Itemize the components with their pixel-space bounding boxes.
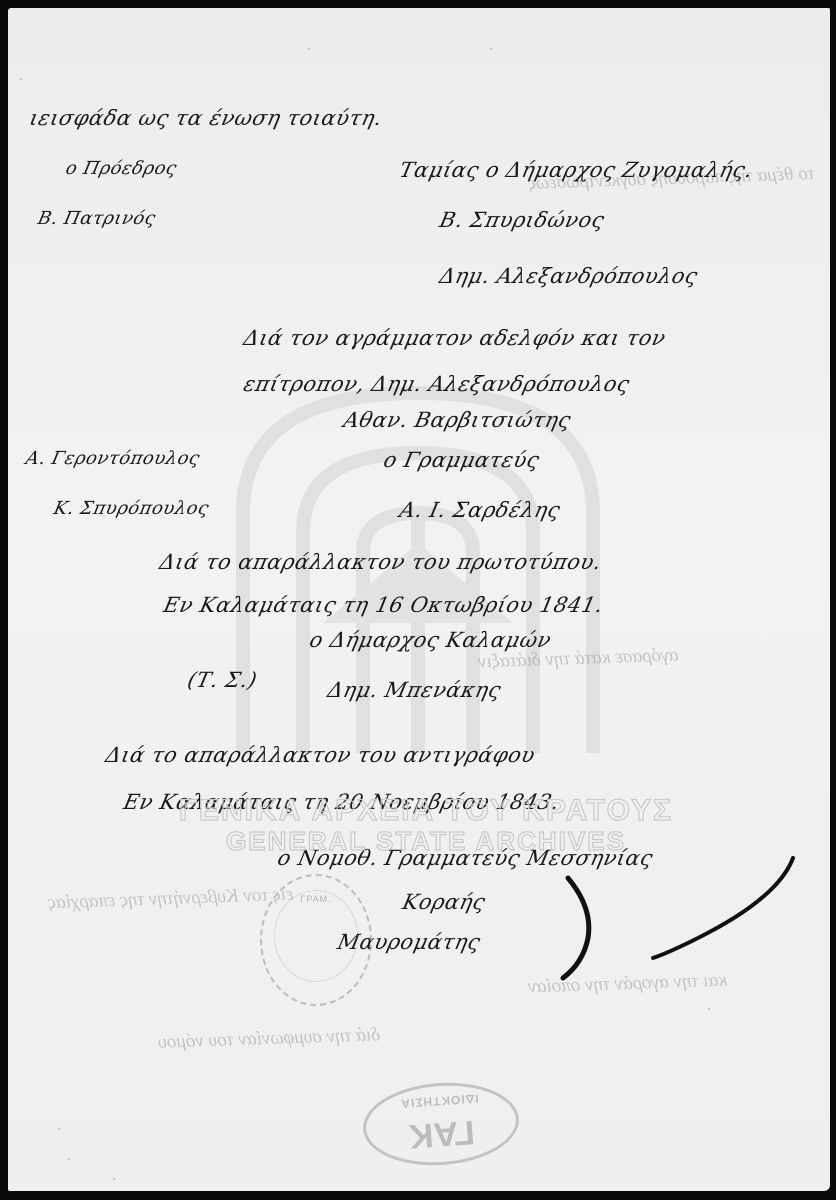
signature-flourish — [548, 838, 808, 988]
official-seal-stamp: ΓΡΑΜ. — [260, 874, 372, 1006]
text-line: Β. Πατρινός — [36, 208, 158, 229]
paper-speck — [490, 48, 492, 50]
text-line: Διά το απαράλλακτον του πρωτοτύπου. — [157, 550, 603, 574]
manuscript-page: το θέμα της παρούσης συγκεντρώσεως αγόρα… — [8, 8, 830, 1191]
signature: Κοραής — [400, 890, 487, 914]
ownership-stamp: ΙΔΙΟΚΤΗΣΙΑ ΓΑΚ — [360, 1078, 521, 1171]
text-line: (Τ. Σ.) — [185, 668, 259, 692]
text-line: Διά το απαράλλακτον του αντιγράφου — [103, 743, 537, 767]
text-line: Διά τον αγράμματον αδελφόν και τον — [241, 326, 668, 350]
text-line: Κ. Σπυρόπουλος — [52, 498, 211, 519]
text-line: Β. Σπυριδώνος — [437, 208, 606, 232]
paper-speck — [20, 78, 22, 80]
paper-speck — [58, 1128, 60, 1130]
bleed-through-text: διά την συμφωνίαν του νόμου — [158, 1024, 381, 1054]
text-line: Α. Ι. Σαρδέλης — [397, 498, 562, 522]
text-line: Αθαν. Βαρβιτσιώτης — [341, 408, 573, 432]
seal-text: ΓΡΑΜ. — [262, 894, 370, 904]
watermark-text-greek: ΓΕΝΙΚΑ ΑΡΧΕΙΑ ΤΟΥ ΚΡΑΤΟΥΣ — [8, 794, 830, 828]
text-line: Α. Γεροντόπουλος — [24, 448, 202, 469]
paper-speck — [308, 48, 310, 50]
ownership-stamp-line2: ΓΑΚ — [365, 1109, 517, 1159]
text-line: ο Γραμματεύς — [381, 448, 541, 472]
text-line: Δημ. Μπενάκης — [325, 678, 503, 702]
text-line: ιεισφάδα ως τα ένωση τοιαύτη. — [27, 106, 384, 130]
paper-speck — [708, 1008, 710, 1010]
text-line: Ταμίας ο Δήμαρχος Ζυγομαλής. — [397, 158, 755, 182]
text-line: Δημ. Αλεξανδρόπουλος — [437, 264, 700, 288]
text-line: επίτροπον, Δημ. Αλεξανδρόπουλος — [241, 372, 632, 396]
text-line: ο Δήμαρχος Καλαμών — [307, 628, 553, 652]
paper-speck — [68, 1158, 70, 1160]
paper-speck — [113, 1178, 115, 1180]
text-line: Εν Καλαμάταις τη 16 Οκτωβρίου 1841. — [161, 593, 605, 617]
watermark-text-english: GENERAL STATE ARCHIVES — [8, 826, 830, 857]
text-line: ο Πρόεδρος — [64, 158, 179, 179]
bleed-through-text: εις τον Κυβερνήτην της επαρχίας — [48, 884, 294, 915]
